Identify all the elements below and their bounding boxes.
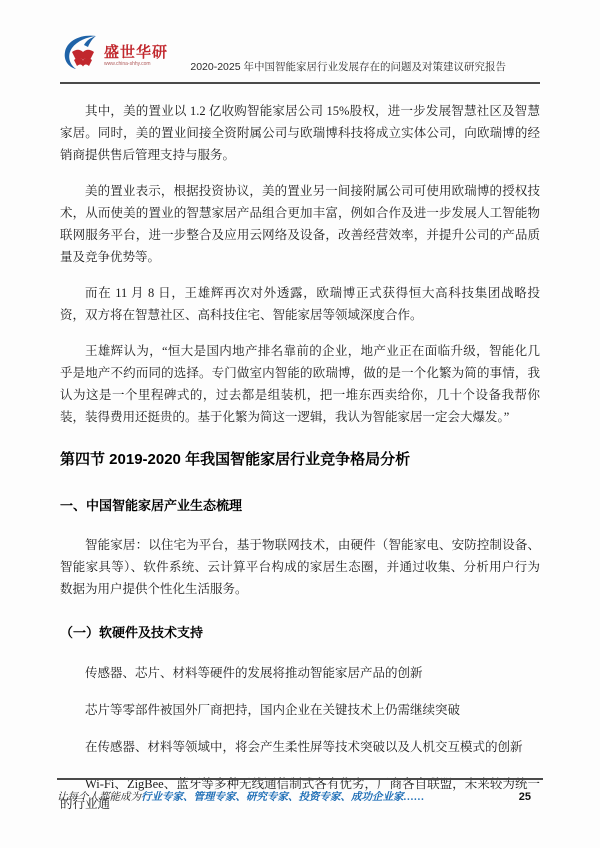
paragraph: 王雄辉认为，“恒大是国内地产排名靠前的企业，地产业正在面临升级，智能化几乎是地产… bbox=[60, 340, 540, 428]
paragraph: 而在 11 月 8 日，王雄辉再次对外透露，欧瑞博正式获得恒大高科技集团战略投资… bbox=[60, 282, 540, 326]
page-number: 25 bbox=[519, 791, 543, 803]
brand-name: 盛世华研 bbox=[104, 45, 168, 60]
sub-subsection-heading: （一）软硬件及技术支持 bbox=[60, 622, 540, 641]
point-line: 传感器、芯片、材料等硬件的发展将推动智能家居产品的创新 bbox=[60, 663, 540, 683]
document-content: 其中，美的置业以 1.2 亿收购智能家居公司 15%股权，进一步发展智慧社区及智… bbox=[60, 84, 540, 814]
paragraph: 其中，美的置业以 1.2 亿收购智能家居公司 15%股权，进一步发展智慧社区及智… bbox=[60, 100, 540, 166]
book-swoosh-logo-icon bbox=[60, 34, 100, 77]
section-heading: 第四节 2019-2020 年我国智能家居行业竞争格局分析 bbox=[60, 448, 540, 469]
point-line: 在传感器、材料等领域中，将会产生柔性屏等技术突破以及人机交互模式的创新 bbox=[60, 737, 540, 757]
page-header: 盛世华研 www.china-shhy.com 2020-2025 年中国智能家… bbox=[60, 34, 540, 84]
brand-text-block: 盛世华研 www.china-shhy.com bbox=[104, 45, 168, 67]
brand-logo: 盛世华研 www.china-shhy.com bbox=[60, 34, 168, 77]
report-title: 2020-2025 年中国智能家居行业发展存在的问题及对策建议研究报告 bbox=[190, 59, 506, 77]
paragraph: 美的置业表示，根据投资协议，美的置业另一间接附属公司可使用欧瑞博的授权技术，从而… bbox=[60, 180, 540, 268]
brand-url: www.china-shhy.com bbox=[104, 62, 168, 67]
footer-slogan-highlight: 行业专家、管理专家、研究专家、投资专家、成功企业家…… bbox=[141, 792, 425, 803]
page-footer: 让每个人都能成为行业专家、管理专家、研究专家、投资专家、成功企业家…… 25 bbox=[57, 778, 543, 804]
footer-slogan-prefix: 让每个人都能成为 bbox=[57, 792, 141, 803]
report-page: 盛世华研 www.china-shhy.com 2020-2025 年中国智能家… bbox=[0, 0, 600, 848]
footer-slogan: 让每个人都能成为行业专家、管理专家、研究专家、投资专家、成功企业家…… bbox=[57, 789, 425, 804]
paragraph: 智能家居：以住宅为平台，基于物联网技术，由硬件（智能家电、安防控制设备、智能家具… bbox=[60, 534, 540, 600]
subsection-heading: 一、中国智能家居产业生态梳理 bbox=[60, 495, 540, 514]
point-line: 芯片等零部件被国外厂商把持，国内企业在关键技术上仍需继续突破 bbox=[60, 700, 540, 720]
